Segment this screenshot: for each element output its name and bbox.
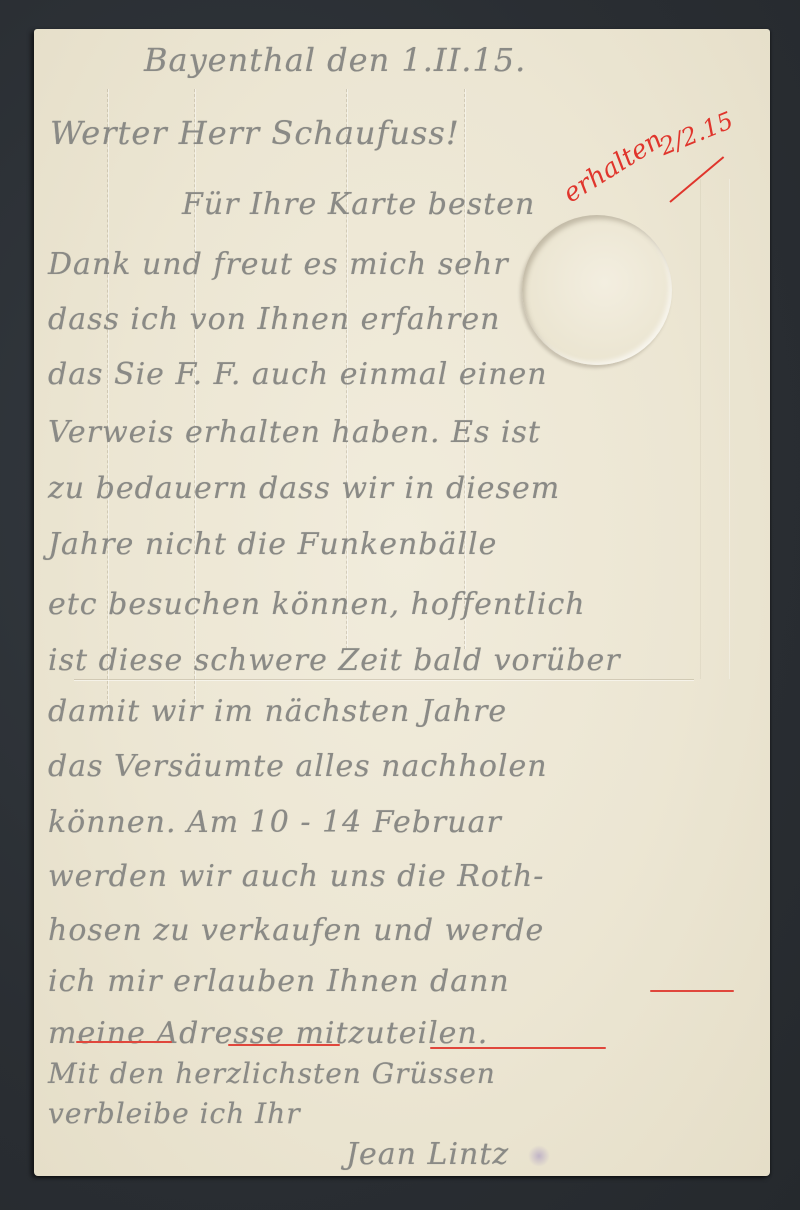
body-line: ich mir erlauben Ihnen dann [48, 964, 510, 999]
place-date: Bayenthal den 1.II.15. [144, 41, 526, 79]
emboss-line [74, 679, 694, 680]
body-line: Jahre nicht die Funkenbälle [48, 527, 497, 562]
body-line: dass ich von Ihnen erfahren [48, 302, 500, 337]
body-line: werden wir auch uns die Roth- [48, 859, 544, 894]
body-line: Verweis erhalten haben. Es ist [48, 415, 541, 450]
signature: Jean Lintz [346, 1137, 509, 1172]
received-annotation: erhalten [558, 125, 668, 209]
embossed-seal [522, 215, 672, 365]
salutation: Werter Herr Schaufuss! [50, 114, 460, 152]
closing-line: verbleibe ich Ihr [48, 1097, 301, 1130]
red-underline [228, 1044, 340, 1046]
red-underline [430, 1047, 606, 1049]
body-line: hosen zu verkaufen und werde [48, 913, 544, 948]
body-line: Dank und freut es mich sehr [48, 247, 509, 282]
closing-line: Mit den herzlichsten Grüssen [48, 1057, 496, 1090]
body-line: zu bedauern dass wir in diesem [48, 471, 560, 506]
ink-stain [528, 1145, 550, 1167]
body-line: das Sie F. F. auch einmal einen [48, 357, 548, 392]
body-line: ist diese schwere Zeit bald vorüber [48, 643, 621, 678]
body-line: können. Am 10 - 14 Februar [48, 805, 502, 840]
body-line: damit wir im nächsten Jahre [48, 694, 507, 729]
body-line: Für Ihre Karte besten [182, 187, 535, 222]
received-date: 2/2.15 [656, 106, 738, 161]
embossed-vertical-text [700, 179, 730, 679]
red-underline [76, 1041, 172, 1043]
postcard: Bayenthal den 1.II.15. Werter Herr Schau… [34, 29, 770, 1176]
body-line: etc besuchen können, hoffentlich [48, 587, 586, 622]
body-line: das Versäumte alles nachholen [48, 749, 548, 784]
red-underline [650, 990, 734, 992]
